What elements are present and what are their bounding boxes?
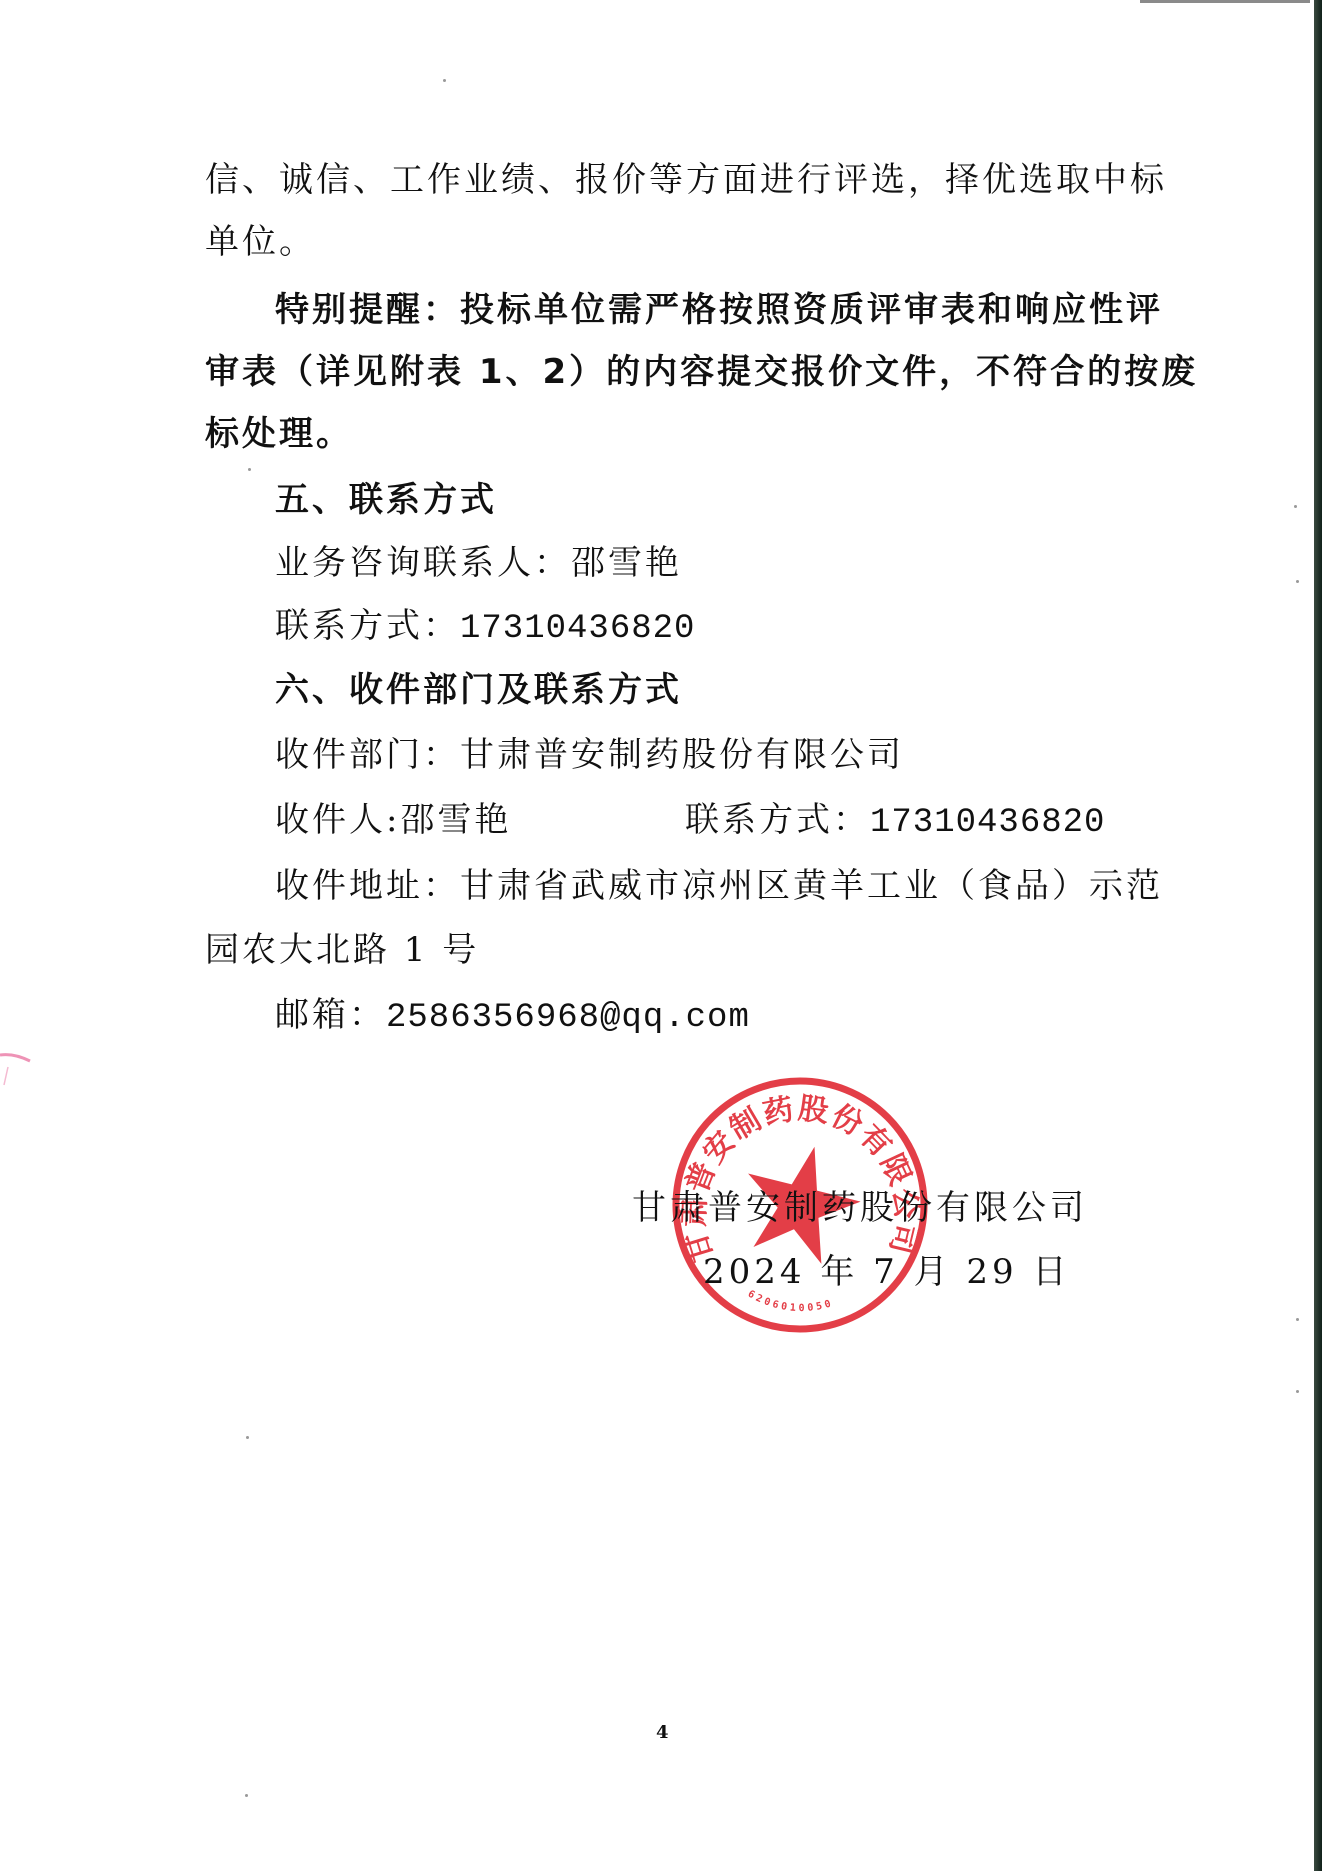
special-reminder-line: 审表（详见附表 1、2）的内容提交报价文件，不符合的按废 — [205, 352, 1198, 392]
recipient-row: 收件人:邵雪艳 — [275, 800, 511, 840]
contact-phone-row: 联系方式：17310436820 — [275, 606, 695, 649]
seal-code: 6206010050 — [746, 1289, 835, 1315]
scan-speck — [443, 79, 446, 82]
consult-contact-label: 业务咨询联系人： — [275, 543, 571, 583]
scan-speck — [245, 1794, 248, 1797]
special-reminder-line: 特别提醒：投标单位需严格按照资质评审表和响应性评 — [275, 290, 1163, 330]
section-heading-contact: 五、联系方式 — [275, 480, 497, 520]
scan-speck — [246, 1436, 249, 1439]
special-reminder-label: 特别提醒： — [275, 290, 460, 330]
stamp-bleed-mark — [0, 1045, 34, 1105]
svg-text:6206010050: 6206010050 — [746, 1289, 835, 1315]
email-label: 邮箱： — [275, 995, 386, 1035]
consult-contact-row: 业务咨询联系人：邵雪艳 — [275, 543, 682, 583]
scan-speck — [248, 468, 251, 471]
paragraph-line: 信、诚信、工作业绩、报价等方面进行评选，择优选取中标 — [205, 160, 1167, 200]
address-line2: 园农大北路 1 号 — [205, 930, 479, 970]
email-value: 2586356968@qq.com — [386, 999, 750, 1037]
recipient-contact-row: 联系方式：17310436820 — [685, 800, 1105, 843]
special-reminder-text: 投标单位需严格按照资质评审表和响应性评 — [460, 290, 1163, 330]
scan-speck — [1296, 1318, 1299, 1321]
paragraph-line: 单位。 — [205, 222, 316, 262]
signature-company: 甘肃普安制药股份有限公司 — [632, 1188, 1088, 1228]
page-number: 4 — [656, 1722, 669, 1743]
consult-contact-name: 邵雪艳 — [571, 543, 682, 583]
scan-speck — [1296, 580, 1299, 583]
recipient-name: 邵雪艳 — [400, 800, 511, 840]
receiving-dept-value: 甘肃普安制药股份有限公司 — [460, 735, 904, 775]
signature-date: 2024 年 7 月 29 日 — [703, 1252, 1070, 1292]
address-line1: 甘肃省武威市凉州区黄羊工业（食品）示范 — [460, 866, 1163, 906]
special-reminder-line: 标处理。 — [205, 414, 353, 454]
scan-smudge — [1140, 0, 1310, 3]
email-row: 邮箱：2586356968@qq.com — [275, 995, 750, 1038]
recipient-contact-label: 联系方式： — [685, 800, 870, 840]
address-row: 收件地址：甘肃省武威市凉州区黄羊工业（食品）示范 — [275, 866, 1163, 906]
scan-speck — [1294, 505, 1297, 508]
recipient-label: 收件人: — [275, 800, 400, 840]
contact-phone: 17310436820 — [460, 610, 695, 648]
document-page: 信、诚信、工作业绩、报价等方面进行评选，择优选取中标 单位。 特别提醒：投标单位… — [0, 0, 1322, 1871]
receiving-dept-row: 收件部门：甘肃普安制药股份有限公司 — [275, 735, 904, 775]
contact-label: 联系方式： — [275, 606, 460, 646]
recipient-contact-phone: 17310436820 — [870, 804, 1105, 842]
section-heading-receiving: 六、收件部门及联系方式 — [275, 670, 682, 710]
address-label: 收件地址： — [275, 866, 460, 906]
scan-speck — [1296, 1390, 1299, 1393]
receiving-dept-label: 收件部门： — [275, 735, 460, 775]
scan-edge — [1314, 0, 1322, 1871]
